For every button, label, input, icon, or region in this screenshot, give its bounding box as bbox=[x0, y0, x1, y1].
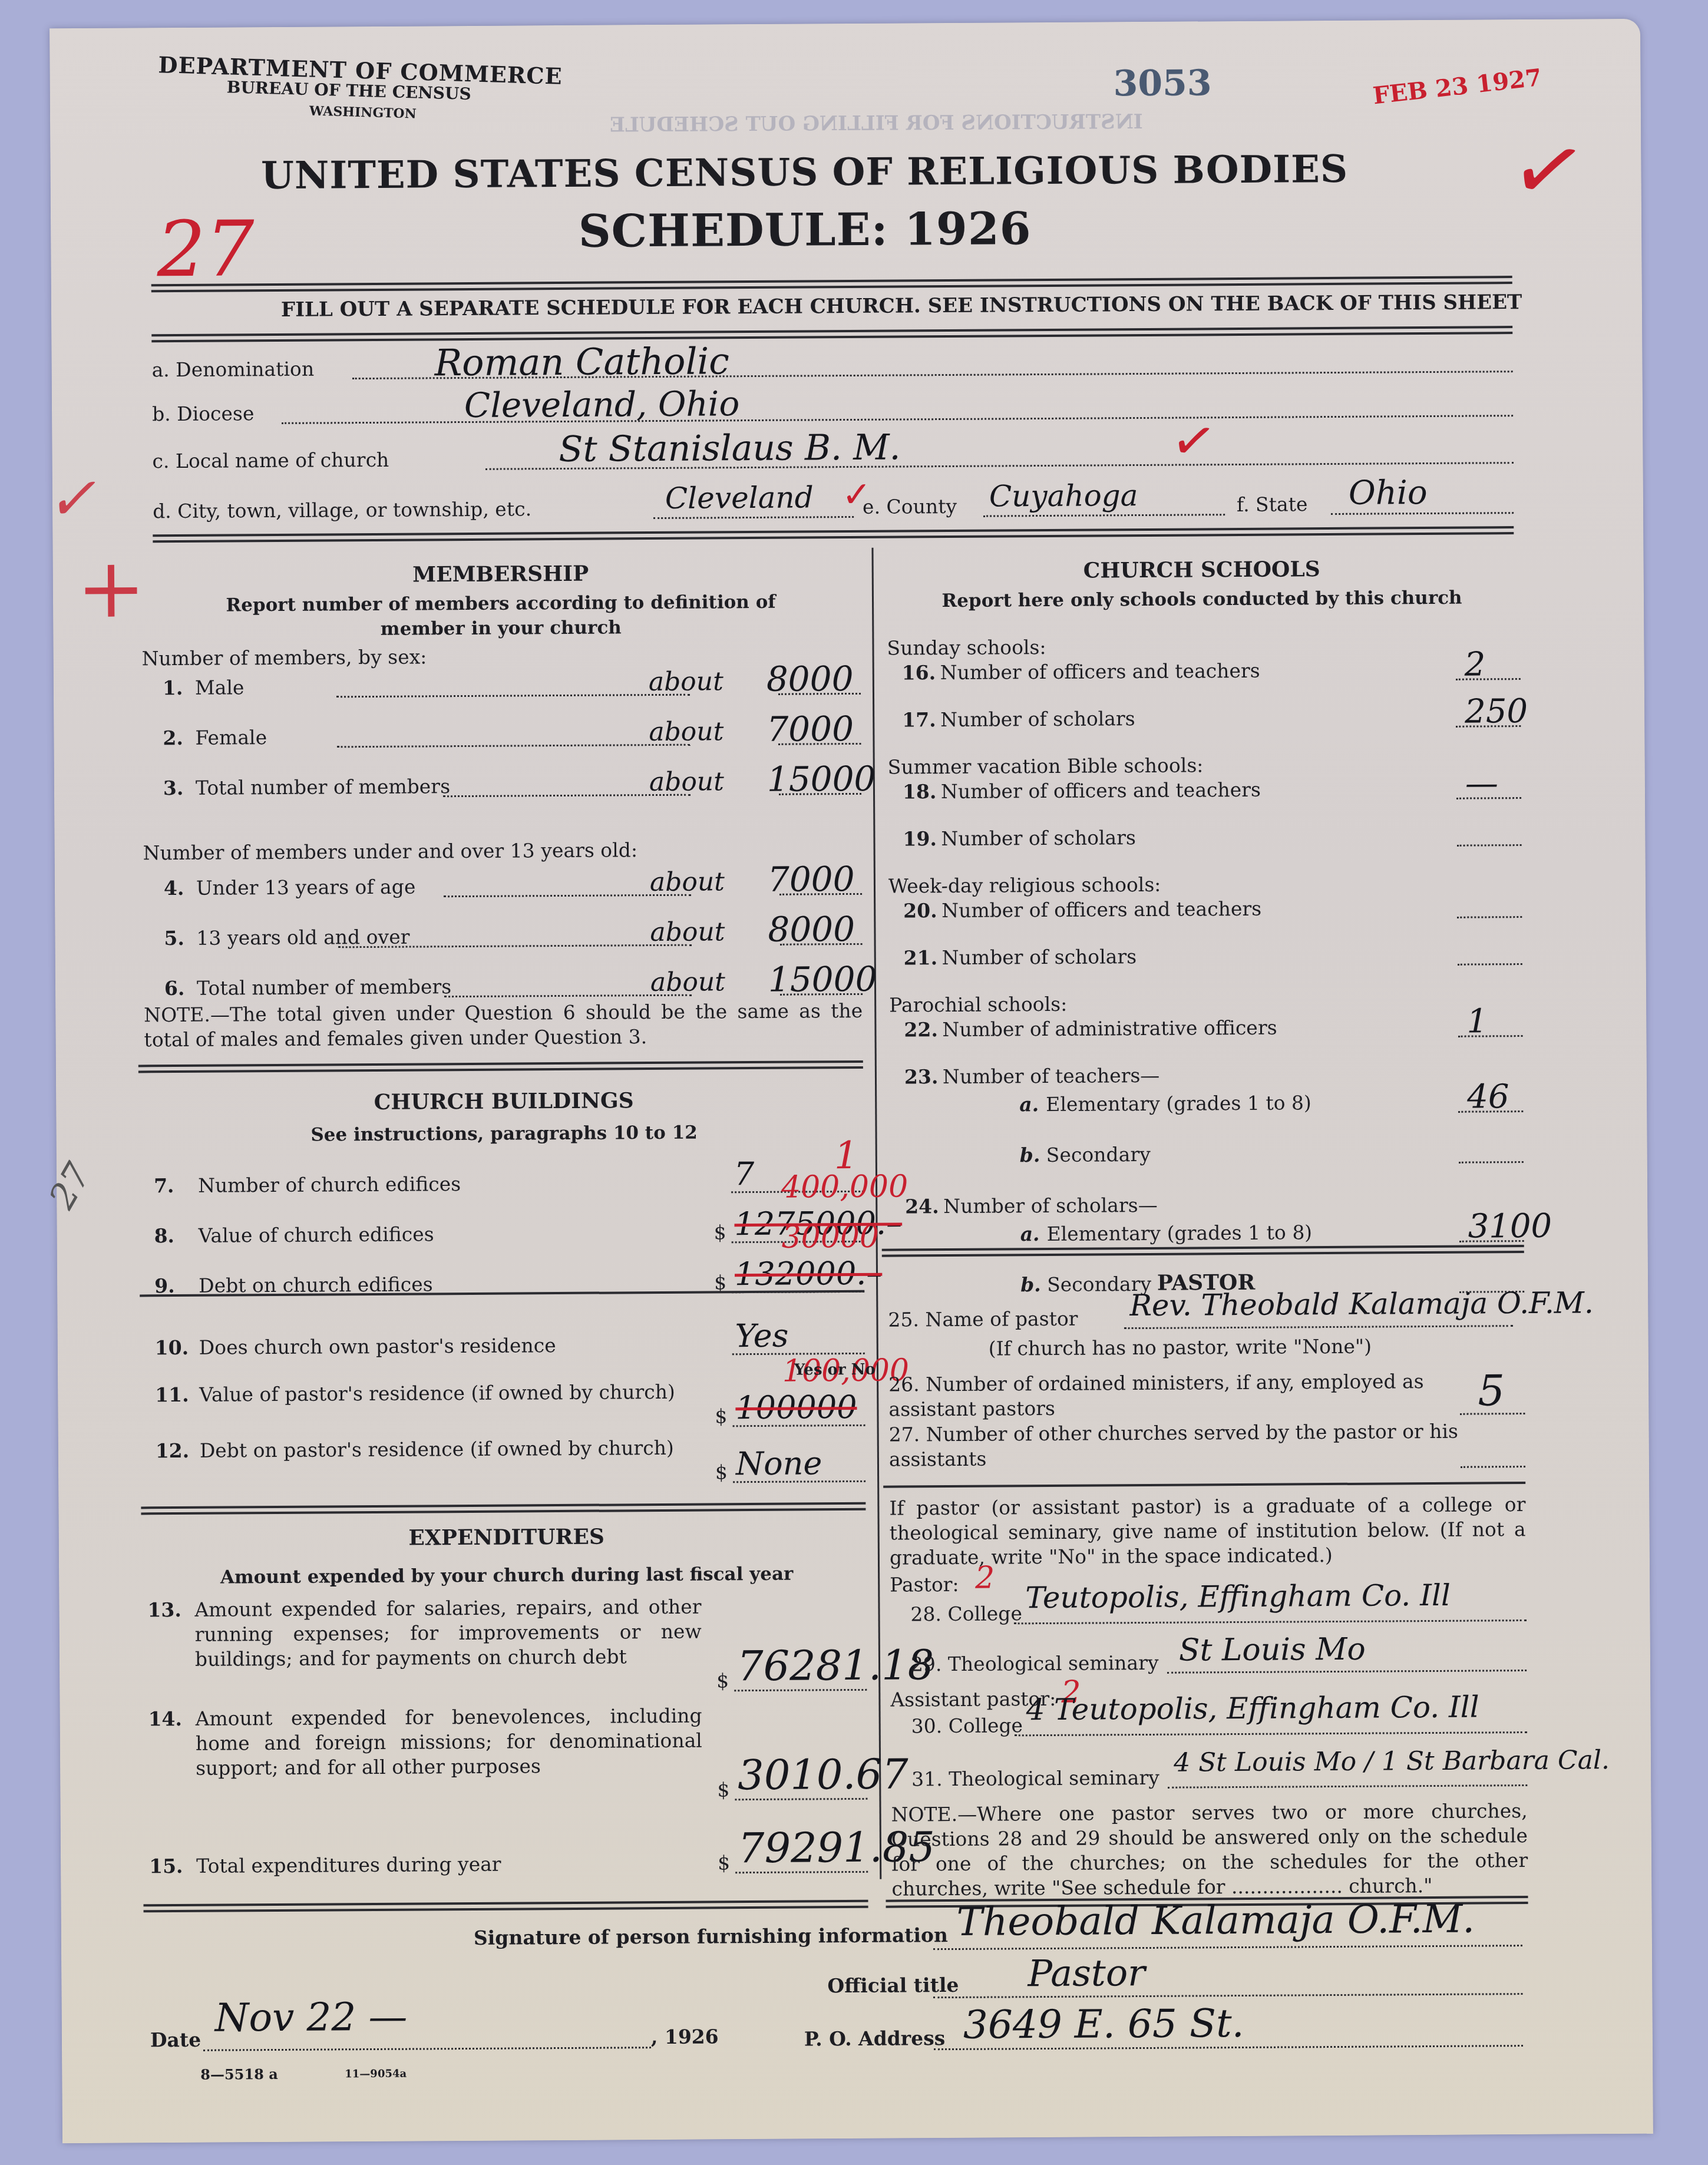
school-row: 22.Number of administrative officers1 bbox=[49, 19, 1640, 28]
building-row: 8.Value of church edifices$1275000.–400,… bbox=[49, 19, 1640, 28]
school-row: 16.Number of officers and teachers2 bbox=[49, 19, 1640, 28]
dollar-sign: $ bbox=[715, 1460, 728, 1485]
expenditures-heading: EXPENDITURES bbox=[141, 1523, 872, 1552]
college-label: 28. College bbox=[910, 1601, 1022, 1627]
expenditure-row: 15.Total expenditures during year$79291.… bbox=[49, 19, 1640, 28]
building-row: 7.Number of church edifices71 bbox=[49, 19, 1640, 28]
divider bbox=[882, 1245, 1524, 1257]
qualifier-value: about bbox=[649, 666, 723, 697]
signature-value: Theobald Kalamaja O.F.M. bbox=[956, 1896, 1475, 1945]
membership-heading: MEMBERSHIP bbox=[136, 560, 866, 589]
item-label: Number of scholars bbox=[941, 825, 1136, 851]
serial-stamp: 3053 bbox=[1113, 62, 1211, 104]
red-check-mark: ✓ bbox=[1502, 113, 1595, 229]
item-number: 1. bbox=[163, 676, 183, 700]
local-name-value: St Stanislaus B. M. bbox=[559, 427, 901, 470]
qualifier-value: about bbox=[650, 967, 725, 997]
item-number: 11. bbox=[155, 1383, 189, 1407]
date-label: Date bbox=[150, 2028, 201, 2053]
item-label: Under 13 years of age bbox=[196, 875, 416, 901]
item-label: Debt on pastor's residence (if owned by … bbox=[200, 1435, 718, 1463]
item-label: Elementary (grades 1 to 8) bbox=[1046, 1090, 1311, 1117]
building-row: 10.Does church own pastor's residenceYes bbox=[49, 19, 1640, 28]
school-count-field[interactable] bbox=[1457, 916, 1522, 918]
county-value: Cuyahoga bbox=[989, 478, 1138, 514]
other-churches-label: 27. Number of other churches served by t… bbox=[889, 1419, 1461, 1472]
county-field[interactable] bbox=[983, 514, 1225, 517]
margin-ref-mark: 27 bbox=[41, 1156, 100, 1216]
school-count-value: 250 bbox=[1465, 692, 1528, 731]
item-label: Number of officers and teachers bbox=[941, 897, 1261, 923]
assistant-college-value: 4 Teutopolis, Effingham Co. Ill bbox=[1026, 1690, 1479, 1727]
item-label: Amount expended for salaries, repairs, a… bbox=[194, 1595, 702, 1672]
diocese-label: b. Diocese bbox=[152, 401, 255, 427]
dollar-sign: $ bbox=[715, 1404, 727, 1429]
item-number: 12. bbox=[156, 1439, 190, 1463]
item-label: Number of teachers— bbox=[943, 1063, 1160, 1089]
dollar-sign: $ bbox=[716, 1668, 729, 1693]
item-number: 7. bbox=[154, 1174, 174, 1198]
official-title-value: Pastor bbox=[1028, 1951, 1145, 1995]
corrected-value: 400,000 bbox=[781, 1169, 908, 1205]
form-title: UNITED STATES CENSUS OF RELIGIOUS BODIES bbox=[215, 147, 1393, 198]
school-row: 18.Number of officers and teachers— bbox=[49, 19, 1640, 28]
item-number: 4. bbox=[164, 876, 184, 901]
pastor-note: NOTE.—Where one pastor serves two or mor… bbox=[891, 1799, 1528, 1902]
item-number: 8. bbox=[154, 1224, 174, 1248]
divider bbox=[138, 1060, 863, 1073]
item-number: a. bbox=[1020, 1222, 1039, 1247]
item-number: b. bbox=[1020, 1143, 1040, 1168]
building-row: 11.Value of pastor's residence (if owned… bbox=[49, 19, 1640, 28]
original-value: Yes bbox=[735, 1317, 788, 1355]
item-number: a. bbox=[1019, 1092, 1039, 1117]
member-count-value: 15000 bbox=[767, 759, 876, 799]
item-number: 14. bbox=[148, 1707, 182, 1731]
membership-note: NOTE.—The total given under Question 6 s… bbox=[144, 999, 863, 1052]
qualifier-value: about bbox=[649, 716, 723, 747]
by-age-label: Number of members under and over 13 year… bbox=[143, 838, 637, 865]
item-number: 18. bbox=[903, 779, 937, 804]
member-count-value: 8000 bbox=[767, 659, 854, 699]
item-number: 3. bbox=[163, 776, 184, 801]
seminary-value: St Louis Mo bbox=[1179, 1632, 1366, 1668]
margin-check-mark: ✓ bbox=[47, 464, 97, 534]
item-label: Male bbox=[195, 675, 245, 700]
assistant-count-label: 26. Number of ordained ministers, if any… bbox=[888, 1369, 1460, 1422]
item-label: Number of administrative officers bbox=[942, 1016, 1277, 1042]
item-number: 6. bbox=[164, 976, 185, 1001]
city-field[interactable] bbox=[653, 516, 854, 519]
form-code: 8—5518 a bbox=[200, 2065, 278, 2083]
membership-row: 2.Femaleabout7000 bbox=[49, 19, 1640, 28]
seminary-label: 29. Theological seminary bbox=[911, 1651, 1159, 1677]
expenditure-row: 13.Amount expended for salaries, repairs… bbox=[49, 19, 1640, 28]
member-count-value: 8000 bbox=[768, 909, 855, 950]
school-group-title: Parochial schools: bbox=[889, 992, 1067, 1018]
pastor-subheading: Pastor: bbox=[890, 1572, 959, 1598]
item-number: 23. bbox=[904, 1065, 939, 1089]
item-label: Amount expended for benevolences, includ… bbox=[195, 1704, 702, 1781]
school-row: 19.Number of scholars bbox=[49, 19, 1640, 28]
qualifier-value: about bbox=[650, 867, 725, 897]
school-count-field[interactable] bbox=[1457, 844, 1522, 847]
item-number: 20. bbox=[903, 898, 937, 923]
membership-subheading: Report number of members according to de… bbox=[189, 589, 813, 642]
assistant-count-value: 5 bbox=[1478, 1366, 1505, 1415]
building-row: 9.Debt on church edifices$132000.–30000 bbox=[49, 19, 1640, 28]
schools-heading: CHURCH SCHOOLS bbox=[878, 556, 1526, 584]
po-address-value: 3649 E. 65 St. bbox=[963, 2001, 1244, 2048]
item-number: 24. bbox=[905, 1194, 939, 1219]
member-count-value: 15000 bbox=[768, 959, 877, 1000]
county-label: e. County bbox=[863, 494, 957, 520]
local-name-label: c. Local name of church bbox=[152, 448, 389, 474]
city-value: Cleveland bbox=[665, 480, 814, 515]
school-group-title: Summer vacation Bible schools: bbox=[888, 753, 1204, 779]
state-field[interactable] bbox=[1331, 512, 1514, 515]
school-group-title: Sunday schools: bbox=[887, 635, 1046, 661]
item-number: 19. bbox=[903, 827, 937, 851]
qualifier-value: about bbox=[649, 766, 724, 797]
item-label: Number of scholars bbox=[942, 944, 1137, 970]
dollar-sign: $ bbox=[717, 1777, 729, 1802]
year-suffix: , 1926 bbox=[651, 2024, 719, 2050]
item-label: Value of pastor's residence (if owned by… bbox=[199, 1379, 718, 1407]
census-schedule-sheet: DEPARTMENT OF COMMERCE BUREAU OF THE CEN… bbox=[49, 19, 1653, 2143]
signature-field[interactable] bbox=[933, 1945, 1522, 1950]
item-label: Female bbox=[195, 725, 267, 751]
original-value: 132000.– bbox=[735, 1255, 883, 1293]
school-count-value: — bbox=[1465, 764, 1498, 802]
bleed-through-text: INSTRUCTIONS FOR FILLING OUT SCHEDULE bbox=[610, 110, 1143, 137]
state-label: f. State bbox=[1237, 492, 1308, 517]
pastor-name-field[interactable] bbox=[1124, 1325, 1513, 1329]
yes-no-hint: Yes or No bbox=[794, 1361, 876, 1379]
item-number: 21. bbox=[904, 946, 938, 970]
expenditure-value: 76281.18 bbox=[737, 1641, 934, 1690]
divider bbox=[883, 1482, 1525, 1488]
corrected-value: 30000 bbox=[781, 1219, 879, 1255]
signature-label: Signature of person furnishing informati… bbox=[474, 1923, 948, 1951]
expenditures-subheading: Amount expended by your church during la… bbox=[141, 1561, 872, 1591]
school-row: b.Secondary bbox=[49, 19, 1640, 28]
item-label: Number of scholars— bbox=[943, 1193, 1158, 1219]
item-label: Number of church edifices bbox=[198, 1170, 716, 1198]
original-value: 7 bbox=[734, 1155, 755, 1192]
item-label: Total expenditures during year bbox=[196, 1850, 726, 1878]
member-count-value: 7000 bbox=[768, 859, 855, 900]
po-address-label: P. O. Address bbox=[804, 2026, 946, 2051]
assistant-seminary-value: 4 St Louis Mo / 1 St Barbara Cal. bbox=[1174, 1745, 1610, 1778]
item-label: Number of officers and teachers bbox=[940, 659, 1260, 685]
item-label: Total number of members bbox=[196, 774, 450, 801]
margin-number: 27 bbox=[157, 204, 255, 294]
original-value: 100000 bbox=[735, 1389, 857, 1426]
school-count-value: 2 bbox=[1465, 645, 1486, 683]
item-label: Elementary (grades 1 to 8) bbox=[1046, 1220, 1312, 1247]
item-number: 10. bbox=[155, 1336, 189, 1360]
school-row: 20.Number of officers and teachers bbox=[49, 19, 1640, 28]
graduate-instructions: If pastor (or assistant pastor) is a gra… bbox=[889, 1492, 1526, 1571]
dollar-sign: $ bbox=[713, 1220, 726, 1245]
date-field[interactable] bbox=[203, 2047, 651, 2051]
assistant-seminary-label: 31. Theological seminary bbox=[911, 1766, 1159, 1792]
assistant-seminary-field[interactable] bbox=[1168, 1784, 1527, 1789]
school-row: 23.Number of teachers— bbox=[49, 19, 1640, 28]
item-label: Number of officers and teachers bbox=[941, 778, 1261, 804]
schedule-year: SCHEDULE: 1926 bbox=[216, 200, 1395, 259]
school-row: 17.Number of scholars250 bbox=[49, 19, 1640, 28]
item-label: Number of scholars bbox=[940, 706, 1135, 732]
item-label: Total number of members bbox=[197, 974, 451, 1001]
buildings-subheading: See instructions, paragraphs 10 to 12 bbox=[138, 1119, 869, 1149]
city-label: d. City, town, village, or township, etc… bbox=[153, 497, 531, 524]
school-group-title: Week-day religious schools: bbox=[888, 872, 1161, 899]
building-row: 12.Debt on pastor's residence (if owned … bbox=[49, 19, 1640, 28]
college-field[interactable] bbox=[1014, 1619, 1527, 1624]
original-value: None bbox=[736, 1445, 822, 1482]
membership-row: 6.Total number of membersabout15000 bbox=[49, 19, 1640, 28]
school-count-field[interactable] bbox=[1459, 1161, 1524, 1164]
diocese-value: Cleveland, Ohio bbox=[464, 384, 740, 425]
item-number: 5. bbox=[164, 926, 184, 951]
item-number: 2. bbox=[163, 726, 183, 751]
pastor-mark: 2 bbox=[975, 1561, 995, 1596]
assistant-college-label: 30. College bbox=[911, 1713, 1023, 1738]
school-count-value: 3100 bbox=[1468, 1207, 1552, 1246]
official-title-label: Official title bbox=[827, 1973, 959, 1998]
city-heading: WASHINGTON bbox=[309, 103, 417, 121]
divider bbox=[144, 1900, 868, 1913]
school-row: 24.Number of scholars— bbox=[49, 19, 1640, 28]
school-row: 21.Number of scholars bbox=[49, 19, 1640, 28]
divider bbox=[141, 1502, 865, 1515]
item-number: 16. bbox=[902, 660, 936, 685]
item-label: Secondary bbox=[1046, 1142, 1151, 1168]
item-number: 13. bbox=[147, 1598, 181, 1622]
item-leader bbox=[337, 744, 691, 748]
official-title-field[interactable] bbox=[933, 1993, 1522, 1998]
school-row: b.Secondary bbox=[49, 19, 1640, 28]
received-date-stamp: FEB 23 1927 bbox=[1372, 64, 1543, 110]
membership-row: 4.Under 13 years of ageabout7000 bbox=[49, 19, 1640, 28]
item-number: 15. bbox=[149, 1854, 183, 1879]
college-value: Teutopolis, Effingham Co. Ill bbox=[1025, 1578, 1451, 1615]
print-code: 11—9054a bbox=[345, 2068, 407, 2081]
date-value: Nov 22 — bbox=[214, 1994, 407, 2041]
school-row: a.Elementary (grades 1 to 8)3100 bbox=[49, 19, 1640, 28]
pastor-name-value: Rev. Theobald Kalamaja O.F.M. bbox=[1129, 1285, 1594, 1323]
item-number: 17. bbox=[902, 708, 936, 732]
divider bbox=[151, 276, 1512, 292]
denomination-label: a. Denomination bbox=[151, 357, 314, 383]
item-number: 22. bbox=[904, 1017, 938, 1042]
school-count-value: 46 bbox=[1467, 1077, 1509, 1116]
schools-subheading: Report here only schools conducted by th… bbox=[878, 585, 1526, 614]
pastor-name-label: 25. Name of pastor bbox=[888, 1307, 1078, 1333]
by-sex-label: Number of members, by sex: bbox=[141, 644, 427, 671]
item-leader bbox=[336, 694, 690, 698]
member-count-value: 7000 bbox=[767, 709, 854, 749]
pastor-name-hint: (If church has no pastor, write "None") bbox=[989, 1334, 1372, 1361]
denomination-value: Roman Catholic bbox=[434, 339, 729, 384]
state-value: Ohio bbox=[1349, 474, 1428, 513]
item-label: Value of church edifices bbox=[198, 1220, 716, 1248]
school-count-field[interactable] bbox=[1458, 963, 1522, 966]
membership-row: 3.Total number of membersabout15000 bbox=[49, 19, 1640, 28]
expenditure-row: 14.Amount expended for benevolences, inc… bbox=[49, 19, 1640, 28]
seminary-field[interactable] bbox=[1167, 1670, 1527, 1674]
school-count-value: 1 bbox=[1466, 1002, 1488, 1040]
other-churches-field[interactable] bbox=[1461, 1466, 1525, 1468]
membership-row: 1.Maleabout8000 bbox=[49, 19, 1640, 28]
buildings-heading: CHURCH BUILDINGS bbox=[138, 1087, 869, 1116]
instruction-banner: FILL OUT A SEPARATE SCHEDULE FOR EACH CH… bbox=[281, 290, 1522, 322]
dollar-sign: $ bbox=[718, 1850, 730, 1875]
school-row: a.Elementary (grades 1 to 8)46 bbox=[49, 19, 1640, 28]
membership-row: 5.13 years old and overabout8000 bbox=[49, 19, 1640, 28]
assistant-college-field[interactable] bbox=[1015, 1731, 1527, 1736]
divider bbox=[151, 326, 1512, 342]
item-label: Does church own pastor's residence bbox=[199, 1332, 718, 1360]
divider bbox=[153, 526, 1514, 543]
expenditure-value: 3010.67 bbox=[738, 1750, 908, 1799]
qualifier-value: about bbox=[650, 917, 725, 947]
